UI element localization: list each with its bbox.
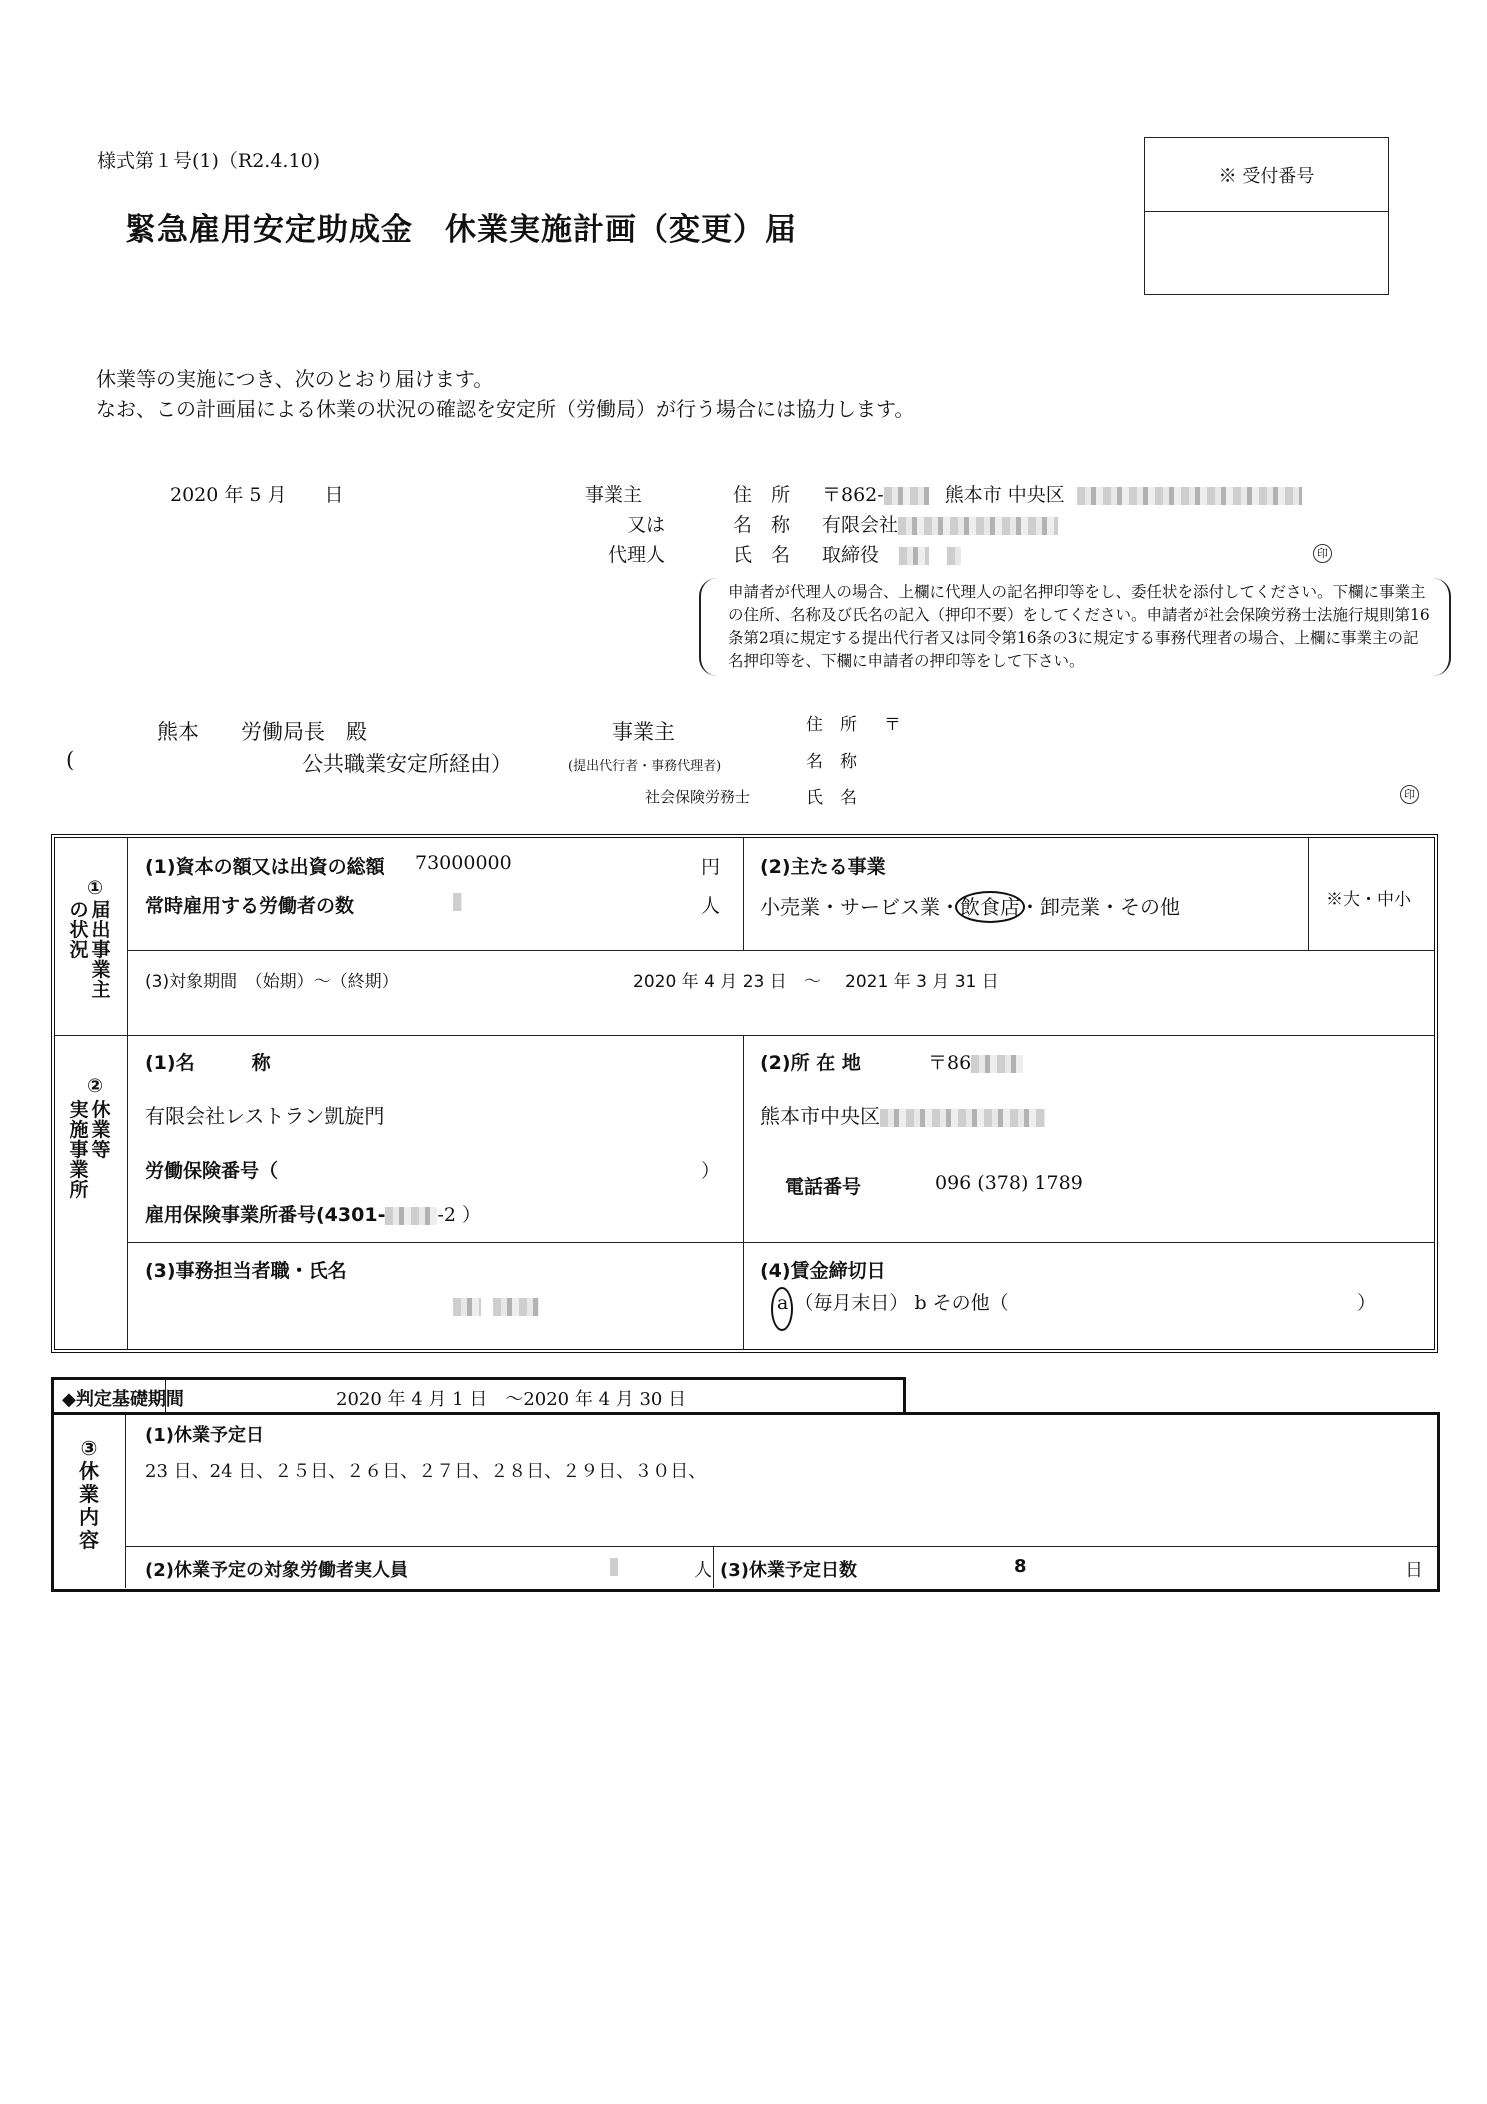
- second-person-label: 氏 名: [806, 783, 857, 808]
- applicant-role-employer: 事業主: [585, 480, 642, 507]
- section2-number: ②: [75, 1076, 115, 1096]
- applicant-person-value: 取締役: [822, 544, 879, 566]
- section3-number: ③: [64, 1437, 114, 1460]
- business-option-service[interactable]: サービス業: [840, 895, 940, 919]
- receipt-number-label: ※ 受付番号: [1145, 138, 1388, 212]
- section2-label-col1: 実施事業所: [69, 1100, 89, 1200]
- redacted-text: [899, 547, 929, 565]
- redacted-text: [453, 1298, 481, 1316]
- applicant-address-value: 熊本市 中央区: [945, 484, 1065, 506]
- section3-label: 休業内容: [79, 1460, 99, 1552]
- wage-option-a-text: （毎月末日）: [794, 1292, 908, 1314]
- labor-insurance-label: 労働保険番号（: [145, 1156, 278, 1183]
- leave-days-label: (1)休業予定日: [145, 1421, 264, 1447]
- receipt-number-box: ※ 受付番号: [1144, 137, 1389, 295]
- redacted-text: [880, 1109, 1045, 1127]
- judgement-period-value[interactable]: 2020 年 4 月 1 日 ～2020 年 4 月 30 日: [336, 1385, 686, 1411]
- applicant-name-label: 名 称: [733, 510, 790, 537]
- period-end[interactable]: 2021 年 3 月 31 日: [845, 967, 999, 992]
- leave-content-table: ③ 休業内容 (1)休業予定日 23 日、24 日、２５日、２６日、２７日、２８…: [51, 1412, 1440, 1592]
- seal-mark-icon: 印: [1400, 783, 1419, 804]
- workers-count-field[interactable]: [453, 891, 462, 911]
- staff-name-field[interactable]: [453, 1296, 539, 1316]
- employment-insurance-label: 雇用保険事業所番号(4301-: [145, 1204, 385, 1226]
- agent-type-label: (提出代行者・事務代理者): [568, 755, 721, 774]
- wage-option-a[interactable]: a: [777, 1292, 788, 1314]
- addressee-via-office: 公共職業安定所経由）: [302, 748, 512, 778]
- leave-days-value[interactable]: 23 日、24 日、２５日、２６日、２７日、２８日、２９日、３０日、: [145, 1457, 706, 1483]
- location-address-field[interactable]: 熊本市中央区: [760, 1100, 1045, 1129]
- phone-label: 電話番号: [785, 1172, 861, 1199]
- intro-line-1: 休業等の実施につき、次のとおり届けます。: [96, 363, 493, 392]
- section2-label-col2: 休業等: [91, 1100, 111, 1160]
- workers-unit: 人: [701, 891, 720, 918]
- second-address-label: 住 所: [806, 710, 857, 735]
- redacted-text: [493, 1298, 539, 1316]
- seal-mark-icon: 印: [1313, 542, 1332, 563]
- addressee-bureau: 熊本 労働局長 殿: [157, 716, 367, 746]
- applicant-postal: 〒862-: [822, 484, 884, 506]
- agent-instructions-note: 申請者が代理人の場合、上欄に代理人の記名押印等をし、委任状を添付してください。下…: [699, 578, 1451, 676]
- selected-circle-mark: [955, 891, 1025, 923]
- leave-workers-label: (2)休業予定の対象労働者実人員: [145, 1556, 408, 1582]
- leave-count-unit: 日: [1405, 1556, 1423, 1582]
- redacted-text: [453, 893, 462, 911]
- applicant-address-field[interactable]: 〒862- 熊本市 中央区: [822, 480, 1302, 507]
- office-name-value[interactable]: 有限会社レストラン凱旋門: [145, 1100, 384, 1129]
- business-options[interactable]: 小売業・サービス業・飲食店・卸売業・その他: [760, 891, 1180, 920]
- redacted-text: [898, 517, 1058, 535]
- receipt-number-field[interactable]: [1145, 212, 1388, 294]
- redacted-text: [610, 1558, 618, 1576]
- leave-workers-unit: 人: [694, 1556, 712, 1582]
- wage-cutoff-options[interactable]: a （毎月末日） b その他（: [777, 1288, 1009, 1315]
- leave-count-value[interactable]: 8: [1014, 1556, 1027, 1577]
- intro-line-2: なお、この計画届による休業の状況の確認を安定所（労働局）が行う場合には協力します…: [96, 393, 914, 422]
- applicant-person-label: 氏 名: [733, 540, 790, 567]
- business-option-wholesale[interactable]: 卸売業: [1040, 895, 1100, 919]
- applicant-role-or: 又は: [627, 510, 665, 537]
- company-size-label: ※大・中小: [1326, 885, 1411, 910]
- applicant-name-field[interactable]: 有限会社: [822, 510, 1058, 537]
- leave-count-label: (3)休業予定日数: [720, 1556, 857, 1582]
- second-employer-label: 事業主: [612, 716, 675, 746]
- addressee-via-open: (: [66, 748, 74, 772]
- section1-label-col2: 届出事業主: [91, 900, 111, 1000]
- submission-date[interactable]: 2020 年 5 月 日: [170, 480, 344, 507]
- applicant-name-value: 有限会社: [822, 514, 898, 536]
- applicant-role-agent: 代理人: [608, 540, 665, 567]
- capital-value[interactable]: 73000000: [415, 852, 512, 874]
- sharoushi-label: 社会保険労務士: [645, 786, 750, 807]
- redacted-text: [385, 1207, 437, 1225]
- phone-value[interactable]: 096 (378) 1789: [935, 1172, 1083, 1194]
- location-label: (2)所 在 地: [760, 1048, 861, 1075]
- wage-option-b[interactable]: b その他（: [914, 1292, 1008, 1314]
- capital-label: (1)資本の額又は出資の総額: [145, 852, 385, 879]
- redacted-text: [1077, 487, 1302, 505]
- period-separator: ～: [804, 967, 821, 992]
- form-code: 様式第１号(1)（R2.4.10): [97, 146, 320, 173]
- employment-insurance-suffix: -2 ）: [437, 1204, 481, 1226]
- business-option-retail[interactable]: 小売業: [760, 895, 820, 919]
- business-label: (2)主たる事業: [760, 852, 886, 879]
- second-address-field[interactable]: 〒: [884, 710, 901, 735]
- staff-label: (3)事務担当者職・氏名: [145, 1256, 347, 1283]
- office-name-label: (1)名 称: [145, 1048, 271, 1075]
- wage-cutoff-label: (4)賃金締切日: [760, 1256, 886, 1283]
- workers-label: 常時雇用する労働者の数: [145, 891, 354, 918]
- redacted-text: [947, 547, 961, 565]
- second-name-label: 名 称: [806, 747, 857, 772]
- business-info-table: ① の状況 届出事業主 (1)資本の額又は出資の総額 73000000 円 常時…: [51, 834, 1438, 1353]
- business-option-restaurant[interactable]: 飲食店: [960, 895, 1020, 919]
- redacted-text: [971, 1055, 1023, 1073]
- wage-option-b-close: ）: [1357, 1288, 1376, 1315]
- period-start[interactable]: 2020 年 4 月 23 日: [633, 967, 787, 992]
- judgement-period-label: ◆判定基礎期間: [62, 1385, 184, 1411]
- section1-label-col1: の状況: [69, 900, 89, 960]
- judgement-period-box: ◆判定基礎期間 2020 年 4 月 1 日 ～2020 年 4 月 30 日: [51, 1377, 906, 1414]
- business-option-other[interactable]: その他: [1120, 895, 1180, 919]
- redacted-text: [884, 487, 929, 505]
- page-title: 緊急雇用安定助成金 休業実施計画（変更）届: [125, 204, 797, 249]
- selected-circle-mark: [771, 1287, 793, 1331]
- leave-workers-field[interactable]: [610, 1556, 618, 1576]
- labor-insurance-close: ）: [701, 1156, 720, 1183]
- applicant-address-label: 住 所: [733, 480, 790, 507]
- section1-number: ①: [75, 878, 115, 898]
- applicant-person-field[interactable]: 取締役: [822, 540, 961, 567]
- capital-unit: 円: [701, 852, 720, 879]
- employment-insurance-field[interactable]: 雇用保険事業所番号(4301--2 ）: [145, 1200, 481, 1227]
- location-postal-field[interactable]: 〒86: [928, 1048, 1023, 1075]
- period-label: (3)対象期間 （始期）～（終期）: [145, 967, 399, 992]
